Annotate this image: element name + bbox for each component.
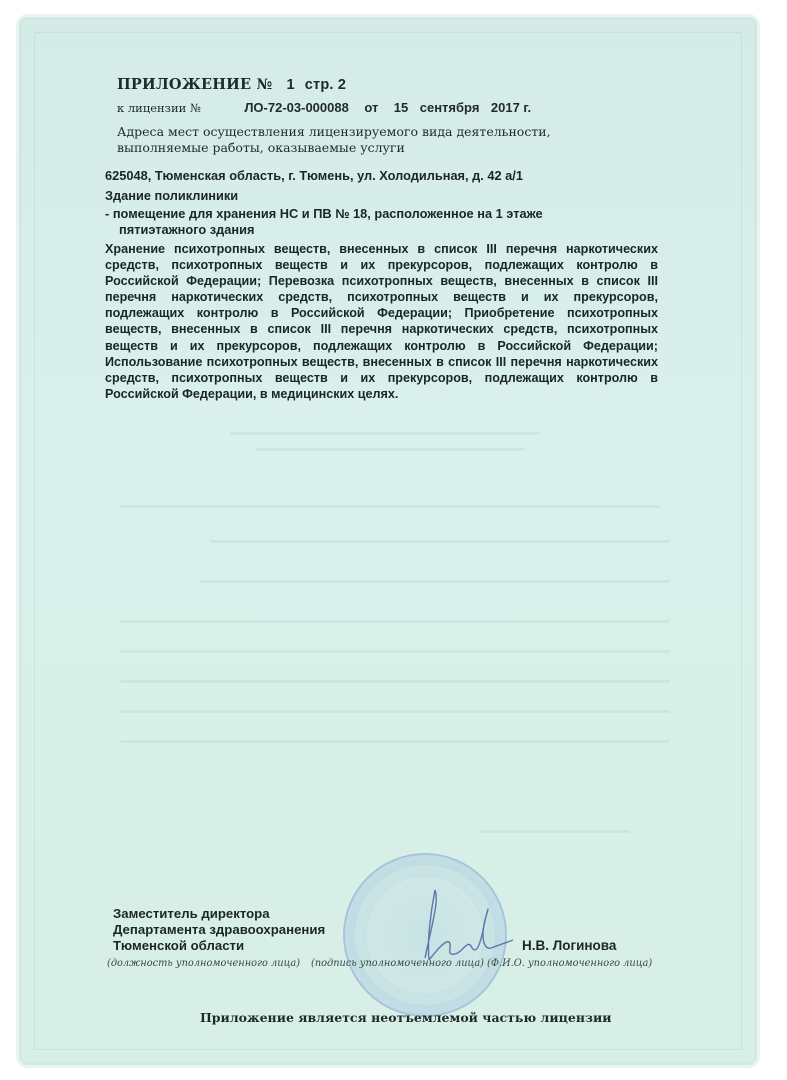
- ghost-line: [120, 710, 670, 713]
- license-number: ЛО-72-03-000088: [244, 100, 349, 115]
- room-line-2: пятиэтажного здания: [105, 222, 575, 238]
- footer-note: Приложение является неотъемлемой частью …: [200, 1010, 612, 1025]
- page-label: стр. 2: [305, 77, 346, 93]
- signatory-name: Н.В. Логинова: [522, 938, 616, 953]
- signatory-position: Заместитель директора Департамента здрав…: [113, 906, 325, 954]
- signature-icon: [405, 880, 515, 970]
- ghost-line: [255, 448, 525, 451]
- ghost-line: [120, 650, 670, 653]
- appendix-number: 1: [287, 77, 295, 93]
- license-year: 2017 г.: [491, 100, 531, 115]
- license-month: сентября: [420, 100, 480, 115]
- license-from-label: от: [364, 100, 378, 115]
- ghost-line: [480, 830, 630, 833]
- appendix-title-label: ПРИЛОЖЕНИЕ №: [117, 76, 273, 93]
- ghost-line: [120, 680, 670, 683]
- ghost-line: [120, 620, 670, 623]
- ghost-line: [200, 580, 670, 583]
- ghost-line: [120, 505, 660, 508]
- ghost-line: [210, 540, 670, 543]
- room-description: - помещение для хранения НС и ПВ № 18, р…: [105, 206, 575, 238]
- ghost-line: [120, 740, 670, 743]
- building-name: Здание поликлиники: [105, 188, 238, 203]
- license-label: к лицензии №: [117, 101, 201, 115]
- position-line-3: Тюменской области: [113, 938, 325, 954]
- license-day: 15: [394, 100, 408, 115]
- appendix-title: ПРИЛОЖЕНИЕ №1стр. 2: [117, 76, 346, 93]
- ghost-line: [230, 432, 540, 435]
- position-line-2: Департамента здравоохранения: [113, 922, 325, 938]
- address: 625048, Тюменская область, г. Тюмень, ул…: [105, 168, 523, 183]
- address-heading: Адреса мест осуществления лицензируемого…: [117, 124, 637, 156]
- caption-position: (должность уполномоченного лица): [107, 958, 300, 969]
- position-line-1: Заместитель директора: [113, 906, 325, 922]
- room-line-1: - помещение для хранения НС и ПВ № 18, р…: [105, 206, 543, 221]
- licensed-activities: Хранение психотропных веществ, внесенных…: [105, 241, 658, 402]
- caption-signature: (подпись уполномоченного лица): [311, 958, 484, 969]
- license-reference: к лицензии № ЛО-72-03-000088 от 15 сентя…: [117, 100, 531, 115]
- caption-name: (Ф.И.О. уполномоченного лица): [487, 958, 652, 969]
